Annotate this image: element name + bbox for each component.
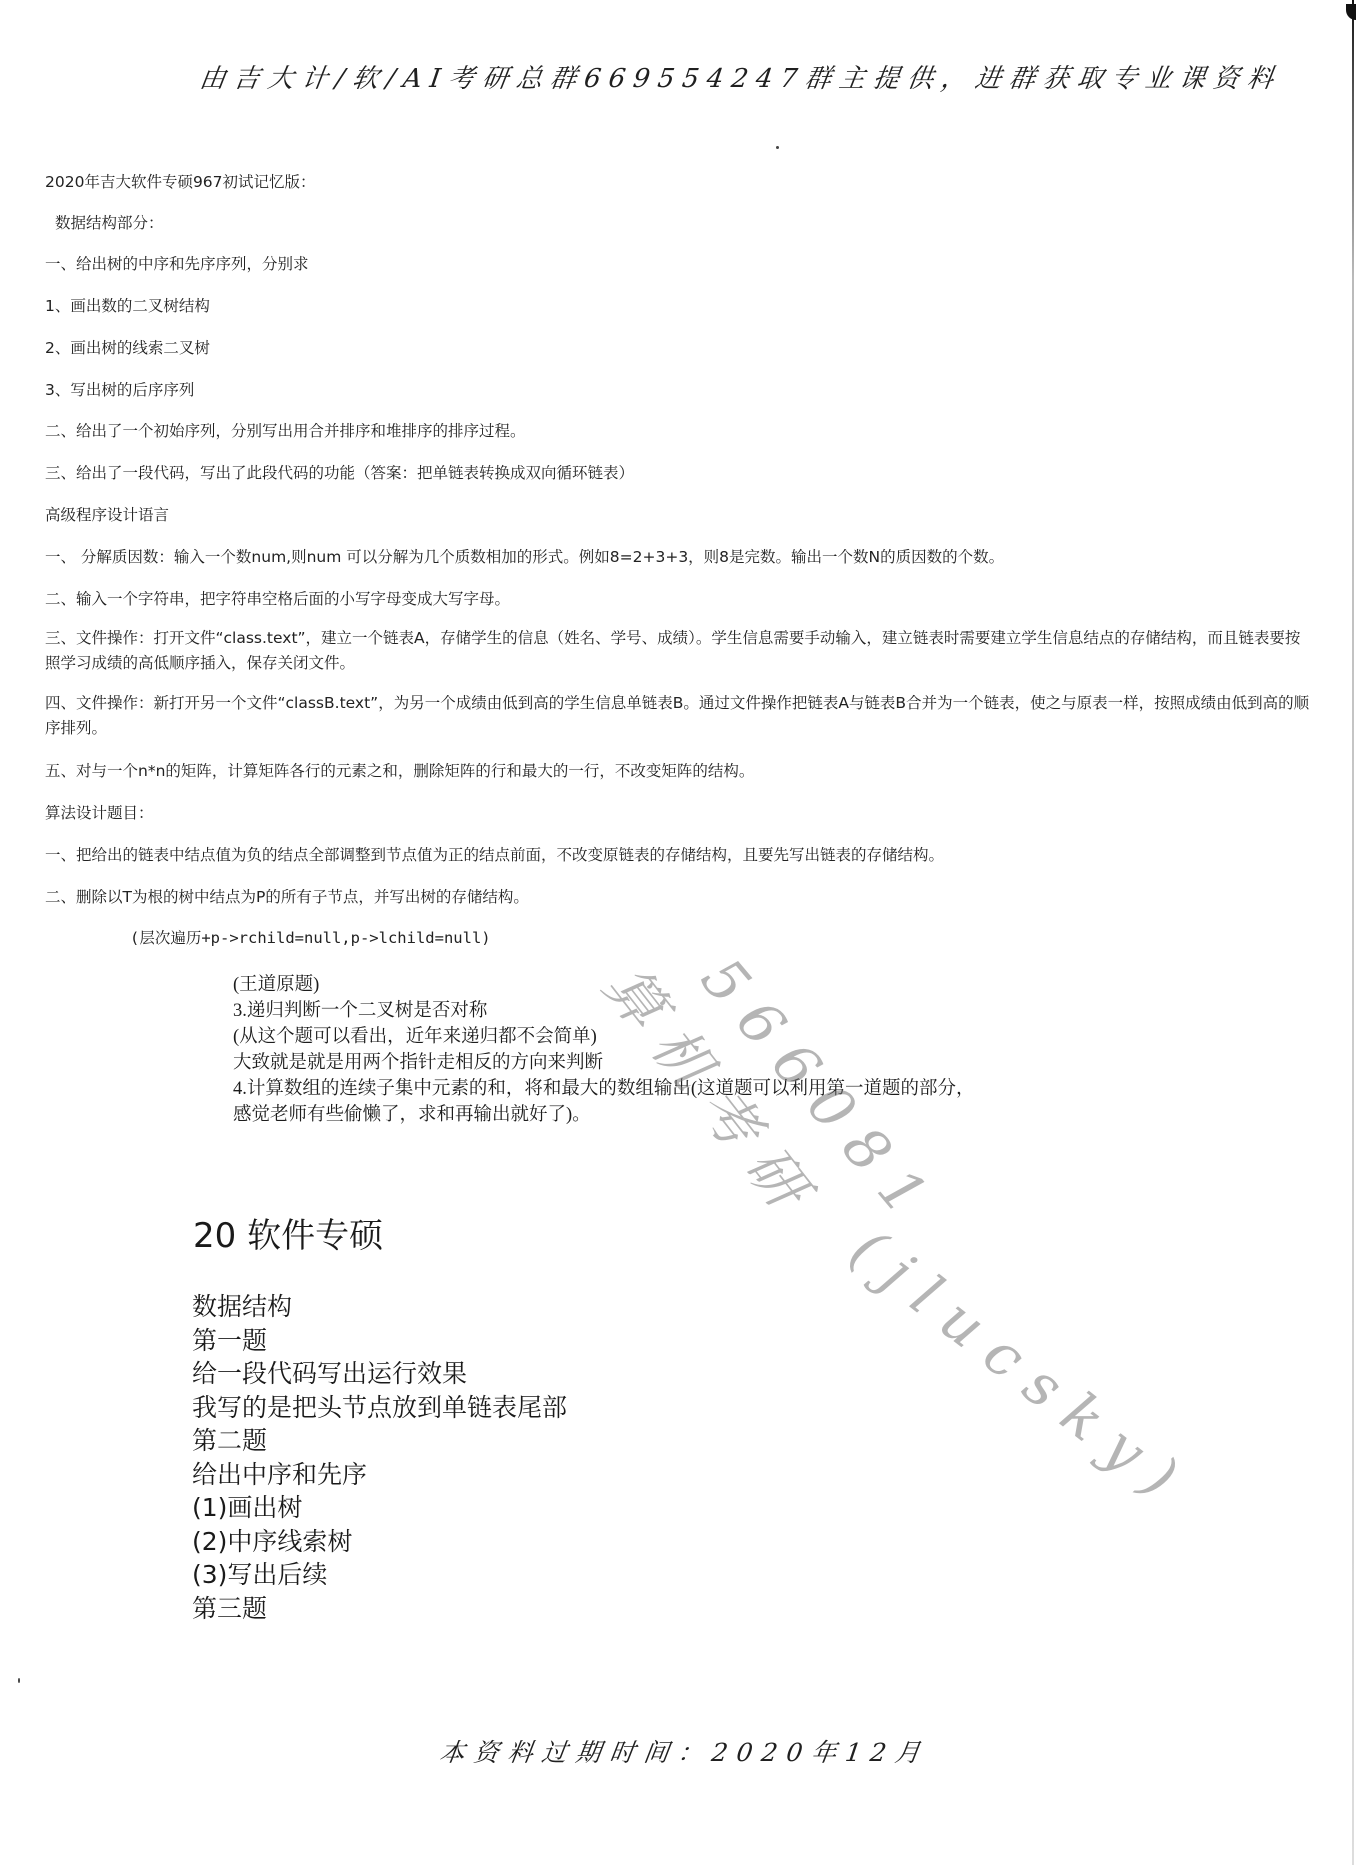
ds-item: 1、画出数的二叉树结构 xyxy=(45,294,210,316)
scan-speck xyxy=(776,146,779,149)
recall-line: 第三题 xyxy=(192,1592,567,1626)
ds-heading: 数据结构部分： xyxy=(55,211,164,233)
recall-line: 给一段代码写出运行效果 xyxy=(192,1357,567,1391)
algo-item: 二、删除以T为根的树中结点为P的所有子节点，并写出树的存储结构。 xyxy=(45,885,529,907)
exam-recall-list: 数据结构 第一题 给一段代码写出运行效果 我写的是把头节点放到单链表尾部 第二题… xyxy=(192,1290,567,1625)
ds-item: 三、给出了一段代码，写出了此段代码的功能（答案：把单链表转换成双向循环链表） xyxy=(45,461,634,483)
note-line: 大致就是就是用两个指针走相反的方向来判断 xyxy=(233,1050,975,1076)
footer-handwritten-note: 本资料过期时间：2020年12月 xyxy=(437,1733,931,1769)
hl-item: 五、对与一个n*n的矩阵，计算矩阵各行的元素之和，删除矩阵的行和最大的一行，不改… xyxy=(45,759,754,781)
ds-item: 一、给出树的中序和先序序列，分别求 xyxy=(45,252,309,274)
scan-corner xyxy=(1346,4,1356,20)
header-handwritten-note: 由吉大计/软/AI考研总群669554247群主提供，进群获取专业课资料 xyxy=(197,58,1284,95)
doc-title: 2020年吉大软件专硕967初试记忆版： xyxy=(45,170,316,192)
recall-line: (3)写出后续 xyxy=(192,1558,567,1592)
hl-item: 一、 分解质因数：输入一个数num,则num 可以分解为几个质数相加的形式。例如… xyxy=(45,545,1004,567)
scan-speck xyxy=(18,1678,20,1683)
recall-line: 我写的是把头节点放到单链表尾部 xyxy=(192,1391,567,1425)
recall-line: (1)画出树 xyxy=(192,1491,567,1525)
recall-line: 数据结构 xyxy=(192,1290,567,1324)
hl-item: 四、文件操作：新打开另一个文件“classB.text”，为另一个成绩由低到高的… xyxy=(45,691,1315,741)
scan-edge xyxy=(1352,0,1354,1865)
recall-line: 给出中序和先序 xyxy=(192,1458,567,1492)
section-title: 20 软件专硕 xyxy=(193,1208,383,1257)
algo-hint: (层次遍历+p->rchild=null,p->lchild=null) xyxy=(130,926,491,948)
algo-item: 一、把给出的链表中结点值为负的结点全部调整到节点值为正的结点前面，不改变原链表的… xyxy=(45,843,944,865)
watermark-text: (jlucsky) xyxy=(838,1215,1204,1522)
recall-line: 第二题 xyxy=(192,1424,567,1458)
note-line: (从这个题可以看出，近年来递归都不会简单) xyxy=(233,1024,975,1050)
hl-heading: 高级程序设计语言 xyxy=(45,503,169,525)
ds-item: 2、画出树的线索二叉树 xyxy=(45,336,210,358)
recall-line: (2)中序线索树 xyxy=(192,1525,567,1559)
ds-item: 二、给出了一个初始序列，分别写出用合并排序和堆排序的排序过程。 xyxy=(45,419,526,441)
recall-line: 第一题 xyxy=(192,1324,567,1358)
hl-item: 二、输入一个字符串，把字符串空格后面的小写字母变成大写字母。 xyxy=(45,587,510,609)
ds-item: 3、写出树的后序序列 xyxy=(45,378,194,400)
algo-heading: 算法设计题目： xyxy=(45,801,154,823)
hl-item: 三、文件操作：打开文件“class.text”，建立一个链表A，存储学生的信息（… xyxy=(45,626,1315,676)
